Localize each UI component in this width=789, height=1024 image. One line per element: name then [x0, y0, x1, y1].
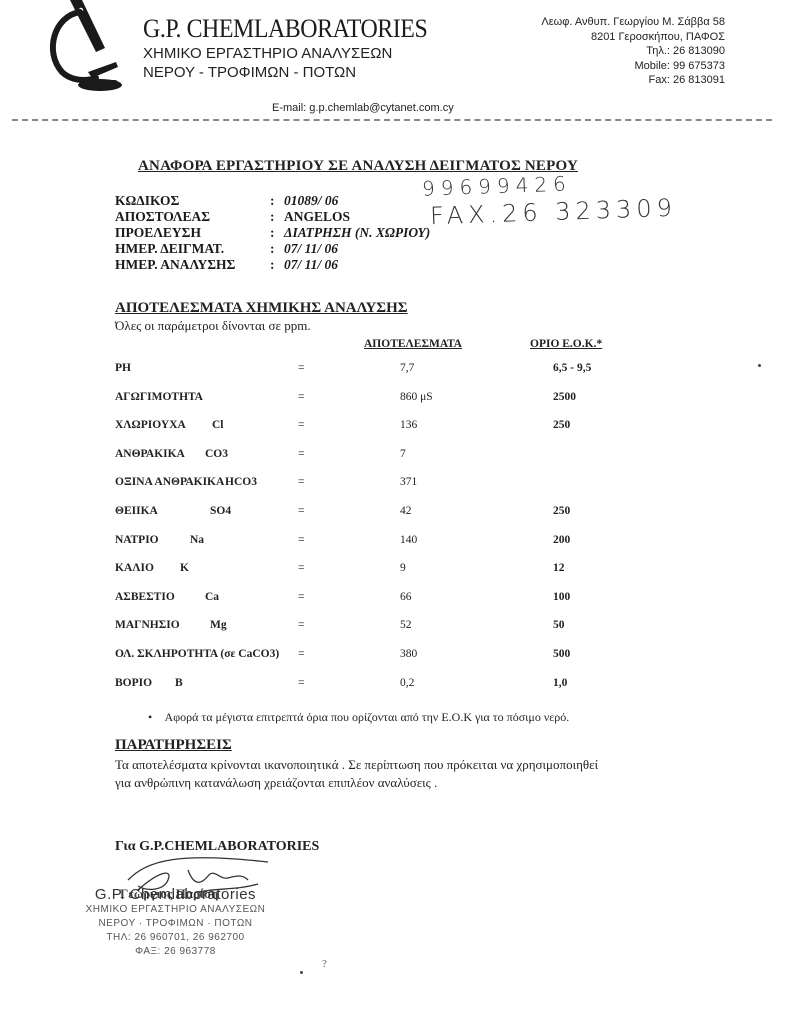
parameter-name: ΜΑΓΝΗΣΙΟ	[115, 619, 180, 631]
result-value: 7,7	[400, 362, 414, 374]
parameter-symbol: Na	[190, 534, 204, 546]
equals-sign: =	[298, 619, 305, 631]
stamp-phone: ΤΗΛ: 26 960701, 26 962700	[68, 931, 283, 945]
parameter-symbol: Mg	[210, 619, 227, 631]
result-value: 380	[400, 648, 417, 660]
meta-row-analysis-date: ΗΜΕΡ. ΑΝΑΛΥΣΗΣ : 07/ 11/ 06	[115, 257, 430, 273]
meta-value: ANGELOS	[284, 209, 350, 225]
result-value: 52	[400, 619, 412, 631]
limit-value: 500	[553, 648, 570, 660]
meta-colon: :	[270, 241, 284, 257]
result-value: 66	[400, 591, 412, 603]
limit-value: 6,5 - 9,5	[553, 362, 591, 374]
meta-row-sample-date: ΗΜΕΡ. ΔΕΙΓΜΑΤ. : 07/ 11/ 06	[115, 241, 430, 257]
address-fax: Fax: 26 813091	[541, 73, 725, 88]
handwritten-phone: 99699426	[422, 171, 573, 200]
parameter-symbol: SO4	[210, 505, 231, 517]
table-row: ΟΞΙΝΑ ΑΝΘΡΑΚΙΚΑHCO3=371	[115, 476, 635, 505]
result-value: 9	[400, 562, 406, 574]
table-row: ΜΑΓΝΗΣΙΟMg=5250	[115, 619, 635, 648]
result-value: 371	[400, 476, 417, 488]
table-row: ΘΕΙΙΚΑSO4=42250	[115, 505, 635, 534]
parameter-name: ΚΑΛΙΟ	[115, 562, 154, 574]
table-row: ΝΑΤΡΙΟNa=140200	[115, 534, 635, 563]
table-row: ΧΛΩΡΙΟΥΧΑCl=136250	[115, 419, 635, 448]
microscope-icon	[40, 0, 130, 95]
company-subtitle-line1: ΧΗΜΙΚΟ ΕΡΓΑΣΤΗΡΙΟ ΑΝΑΛΥΣΕΩΝ	[143, 45, 392, 62]
stamp-line3: ΝΕΡΟΥ · ΤΡΟΦΙΜΩΝ · ΠΟΤΩΝ	[68, 917, 283, 931]
footnote: • Αφορά τα μέγιστα επιτρεπτά όρια που ορ…	[148, 710, 569, 725]
limit-value: 100	[553, 591, 570, 603]
parameter-name: ΑΝΘΡΑΚΙΚΑ	[115, 448, 185, 460]
equals-sign: =	[298, 505, 305, 517]
equals-sign: =	[298, 591, 305, 603]
result-value: 136	[400, 419, 417, 431]
results-table: PH=7,76,5 - 9,5ΑΓΩΓΙΜΟΤΗΤΑ=860 μS2500ΧΛΩ…	[115, 362, 635, 705]
equals-sign: =	[298, 391, 305, 403]
address-city: 8201 Γεροσκήπου, ΠΑΦΟΣ	[541, 30, 725, 45]
meta-value: 01089/ 06	[284, 193, 338, 209]
handwritten-fax: FAX.26 323309	[430, 194, 678, 231]
company-stamp: G.P. Chemlaboratories ΧΗΜΙΚΟ ΕΡΓΑΣΤΗΡΙΟ …	[68, 886, 283, 959]
table-row: ΑΣΒΕΣΤΙΟCa=66100	[115, 591, 635, 620]
parameter-name: ΟΛ. ΣΚΛΗΡΟΤΗΤΑ (σε CaCO3)	[115, 648, 279, 660]
results-heading: ΑΠΟΤΕΛΕΣΜΑΤΑ ΧΗΜΙΚΗΣ ΑΝΑΛΥΣΗΣ	[115, 300, 408, 317]
result-value: 0,2	[400, 677, 414, 689]
scan-speck	[300, 971, 303, 974]
meta-row-origin: ΠΡΟΕΛΕΥΣΗ : ΔΙΑΤΡΗΣΗ (Ν. ΧΩΡΙΟΥ)	[115, 225, 430, 241]
company-address: Λεωφ. Ανθυπ. Γεωργίου Μ. Σάββα 58 8201 Γ…	[541, 15, 725, 88]
meta-colon: :	[270, 225, 284, 241]
result-value: 860 μS	[400, 391, 433, 403]
equals-sign: =	[298, 677, 305, 689]
header-divider	[12, 119, 772, 121]
limit-value: 12	[553, 562, 565, 574]
meta-label: ΗΜΕΡ. ΔΕΙΓΜΑΤ.	[115, 241, 270, 257]
parameter-name: PH	[115, 362, 131, 374]
footnote-text: Αφορά τα μέγιστα επιτρεπτά όρια που ορίζ…	[165, 710, 570, 724]
parameter-name: ΒΟΡΙΟ	[115, 677, 152, 689]
company-subtitle-line2: ΝΕΡΟΥ - ΤΡΟΦΙΜΩΝ - ΠΟΤΩΝ	[143, 64, 356, 81]
table-row: ΑΝΘΡΑΚΙΚΑCO3=7	[115, 448, 635, 477]
limit-value: 1,0	[553, 677, 567, 689]
equals-sign: =	[298, 362, 305, 374]
equals-sign: =	[298, 648, 305, 660]
parameter-name: ΧΛΩΡΙΟΥΧΑ	[115, 419, 186, 431]
scan-speck	[758, 364, 761, 367]
meta-label: ΚΩΔΙΚΟΣ	[115, 193, 270, 209]
meta-colon: :	[270, 209, 284, 225]
units-note: Όλες οι παράμετροι δίνονται σε ppm.	[115, 318, 311, 334]
signatory-name: Γεώργιος Παρίση	[120, 886, 218, 902]
meta-value: 07/ 11/ 06	[284, 241, 338, 257]
equals-sign: =	[298, 476, 305, 488]
remarks-heading: ΠΑΡΑΤΗΡΗΣΕΙΣ	[115, 737, 232, 754]
limit-value: 2500	[553, 391, 576, 403]
stamp-line2: ΧΗΜΙΚΟ ΕΡΓΑΣΤΗΡΙΟ ΑΝΑΛΥΣΕΩΝ	[68, 903, 283, 917]
bullet-icon: •	[148, 710, 152, 724]
parameter-symbol: K	[180, 562, 189, 574]
scan-mark: ?	[322, 958, 327, 970]
table-row: ΒΟΡΙΟB=0,21,0	[115, 677, 635, 706]
meta-value: ΔΙΑΤΡΗΣΗ (Ν. ΧΩΡΙΟΥ)	[284, 225, 430, 241]
remarks-text: Τα αποτελέσματα κρίνονται ικανοποιητικά …	[115, 756, 615, 792]
address-phone: Τηλ.: 26 813090	[541, 44, 725, 59]
table-row: PH=7,76,5 - 9,5	[115, 362, 635, 391]
parameter-symbol: Ca	[205, 591, 219, 603]
equals-sign: =	[298, 534, 305, 546]
parameter-symbol: Cl	[212, 419, 224, 431]
equals-sign: =	[298, 562, 305, 574]
limit-value: 250	[553, 505, 570, 517]
meta-colon: :	[270, 193, 284, 209]
column-header-results: ΑΠΟΤΕΛΕΣΜΑΤΑ	[364, 338, 462, 350]
table-row: ΑΓΩΓΙΜΟΤΗΤΑ=860 μS2500	[115, 391, 635, 420]
parameter-symbol: CO3	[205, 448, 228, 460]
parameter-name: ΟΞΙΝΑ ΑΝΘΡΑΚΙΚΑ	[115, 476, 224, 488]
address-mobile: Mobile: 99 675373	[541, 59, 725, 74]
table-row: ΟΛ. ΣΚΛΗΡΟΤΗΤΑ (σε CaCO3)=380500	[115, 648, 635, 677]
result-value: 42	[400, 505, 412, 517]
result-value: 140	[400, 534, 417, 546]
company-name: G.P. CHEMLABORATORIES	[143, 14, 427, 44]
table-row: ΚΑΛΙΟK=912	[115, 562, 635, 591]
meta-colon: :	[270, 257, 284, 273]
report-meta: ΚΩΔΙΚΟΣ : 01089/ 06 ΑΠΟΣΤΟΛΕΑΣ : ANGELOS…	[115, 193, 430, 273]
meta-label: ΗΜΕΡ. ΑΝΑΛΥΣΗΣ	[115, 257, 270, 273]
equals-sign: =	[298, 419, 305, 431]
address-street: Λεωφ. Ανθυπ. Γεωργίου Μ. Σάββα 58	[541, 15, 725, 30]
parameter-name: ΝΑΤΡΙΟ	[115, 534, 159, 546]
parameter-symbol: HCO3	[225, 476, 257, 488]
limit-value: 50	[553, 619, 565, 631]
parameter-symbol: B	[175, 677, 183, 689]
meta-value: 07/ 11/ 06	[284, 257, 338, 273]
meta-label: ΠΡΟΕΛΕΥΣΗ	[115, 225, 270, 241]
result-value: 7	[400, 448, 406, 460]
column-header-limit: ΟΡΙΟ Ε.Ο.Κ.*	[530, 338, 602, 350]
equals-sign: =	[298, 448, 305, 460]
parameter-name: ΘΕΙΙΚΑ	[115, 505, 158, 517]
stamp-fax: ΦΑΞ: 26 963778	[68, 945, 283, 959]
parameter-name: ΑΣΒΕΣΤΙΟ	[115, 591, 175, 603]
parameter-name: ΑΓΩΓΙΜΟΤΗΤΑ	[115, 391, 203, 403]
meta-label: ΑΠΟΣΤΟΛΕΑΣ	[115, 209, 270, 225]
meta-row-code: ΚΩΔΙΚΟΣ : 01089/ 06	[115, 193, 430, 209]
meta-row-sender: ΑΠΟΣΤΟΛΕΑΣ : ANGELOS	[115, 209, 430, 225]
limit-value: 200	[553, 534, 570, 546]
company-email: E-mail: g.p.chemlab@cytanet.com.cy	[272, 102, 454, 114]
limit-value: 250	[553, 419, 570, 431]
